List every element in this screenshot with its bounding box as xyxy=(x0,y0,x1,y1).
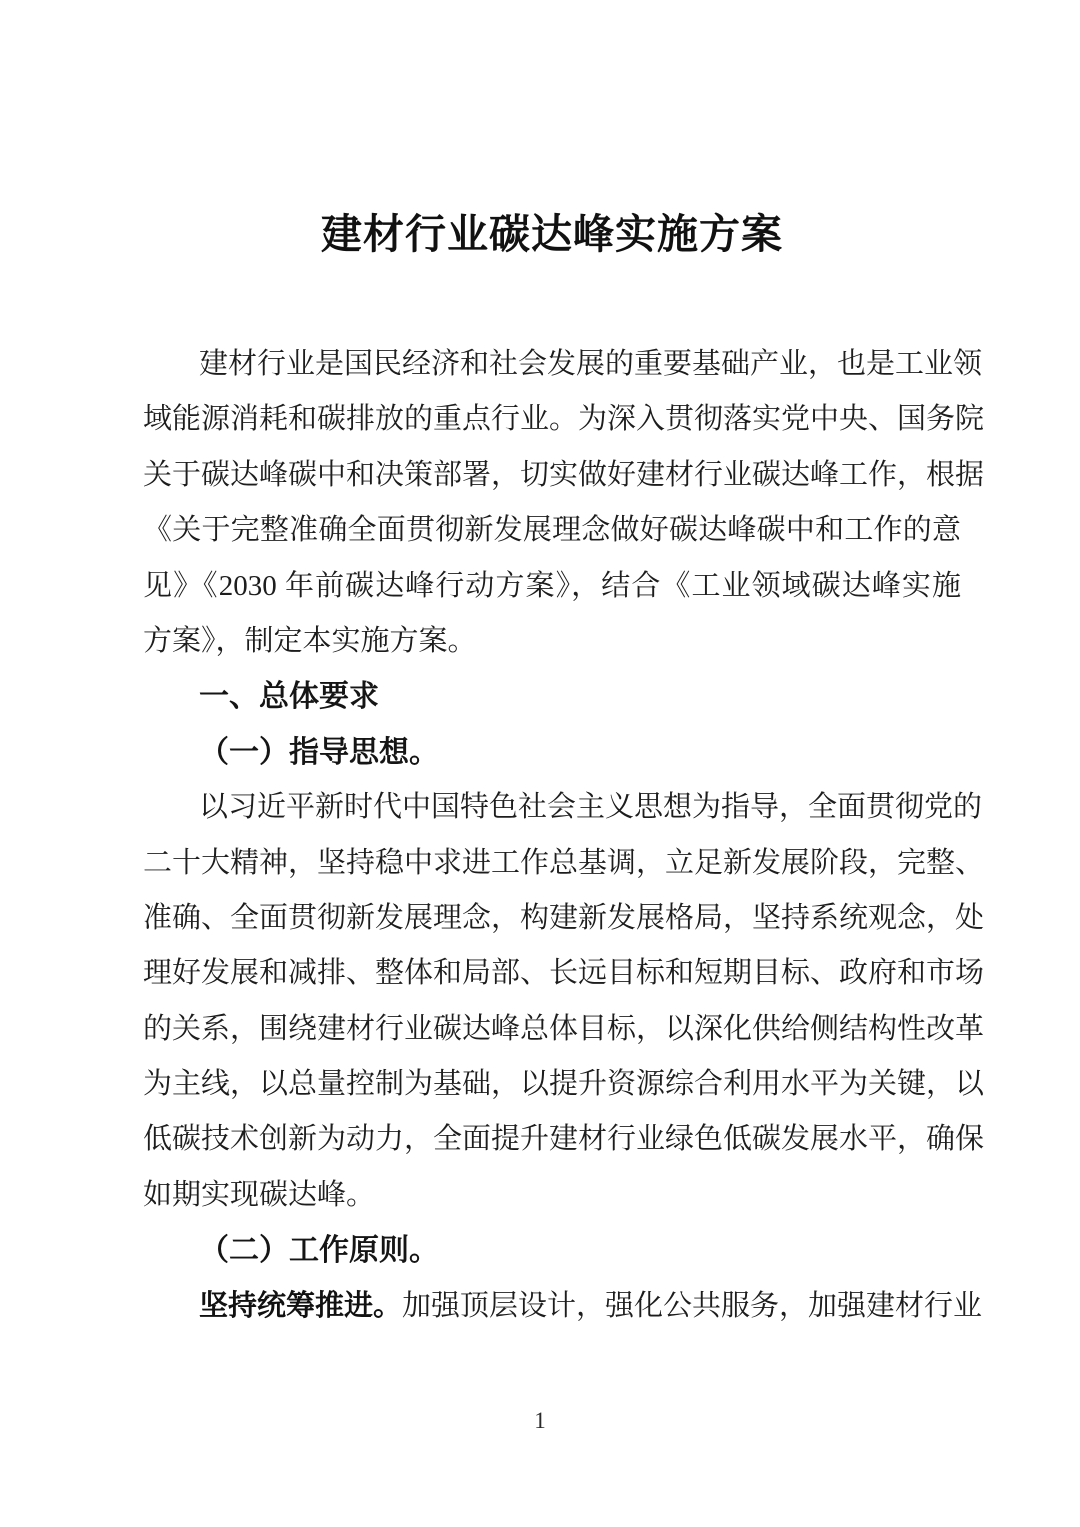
paragraph2-line5: 的关系，围绕建材行业碳达峰总体目标，以深化供给侧结构性改革 xyxy=(143,1002,961,1057)
paragraph3-line1: 坚持统筹推进。加强顶层设计，强化公共服务，加强建材行业 xyxy=(143,1279,961,1334)
section-heading-overall-requirements: 一、总体要求 xyxy=(143,669,961,724)
paragraph3-lead-bold: 坚持统筹推进。 xyxy=(199,1290,402,1322)
paragraph1-line2: 域能源消耗和碳排放的重点行业。为深入贯彻落实党中央、国务院 xyxy=(143,392,961,447)
page-number: 1 xyxy=(0,1408,1080,1434)
paragraph2-line8: 如期实现碳达峰。 xyxy=(143,1168,961,1223)
paragraph2-line3: 准确、全面贯彻新发展理念，构建新发展格局，坚持系统观念，处 xyxy=(143,891,961,946)
paragraph2-line7: 低碳技术创新为动力，全面提升建材行业绿色低碳发展水平，确保 xyxy=(143,1112,961,1167)
paragraph1-line5: 见》《2030 年前碳达峰行动方案》，结合《工业领域碳达峰实施 xyxy=(143,559,961,614)
paragraph2-line6: 为主线，以总量控制为基础，以提升资源综合利用水平为关键，以 xyxy=(143,1057,961,1112)
paragraph1-line6: 方案》，制定本实施方案。 xyxy=(143,614,961,669)
paragraph2-line1: 以习近平新时代中国特色社会主义思想为指导，全面贯彻党的 xyxy=(143,780,961,835)
subsection-heading-guiding-ideology: （一）指导思想。 xyxy=(143,725,961,780)
paragraph1-line1: 建材行业是国民经济和社会发展的重要基础产业，也是工业领 xyxy=(143,337,961,392)
document-title: 建材行业碳达峰实施方案 xyxy=(143,205,961,263)
paragraph1-line3: 关于碳达峰碳中和决策部署，切实做好建材行业碳达峰工作，根据 xyxy=(143,448,961,503)
paragraph2-line2: 二十大精神，坚持稳中求进工作总基调，立足新发展阶段，完整、 xyxy=(143,836,961,891)
document-body: 建材行业是国民经济和社会发展的重要基础产业，也是工业领 域能源消耗和碳排放的重点… xyxy=(143,337,961,1334)
paragraph3-rest: 加强顶层设计，强化公共服务，加强建材行业 xyxy=(402,1290,982,1322)
subsection-heading-work-principles: （二）工作原则。 xyxy=(143,1223,961,1278)
paragraph1-line4: 《关于完整准确全面贯彻新发展理念做好碳达峰碳中和工作的意 xyxy=(143,503,961,558)
document-page: 建材行业碳达峰实施方案 建材行业是国民经济和社会发展的重要基础产业，也是工业领 … xyxy=(0,0,1080,1527)
paragraph2-line4: 理好发展和减排、整体和局部、长远目标和短期目标、政府和市场 xyxy=(143,946,961,1001)
